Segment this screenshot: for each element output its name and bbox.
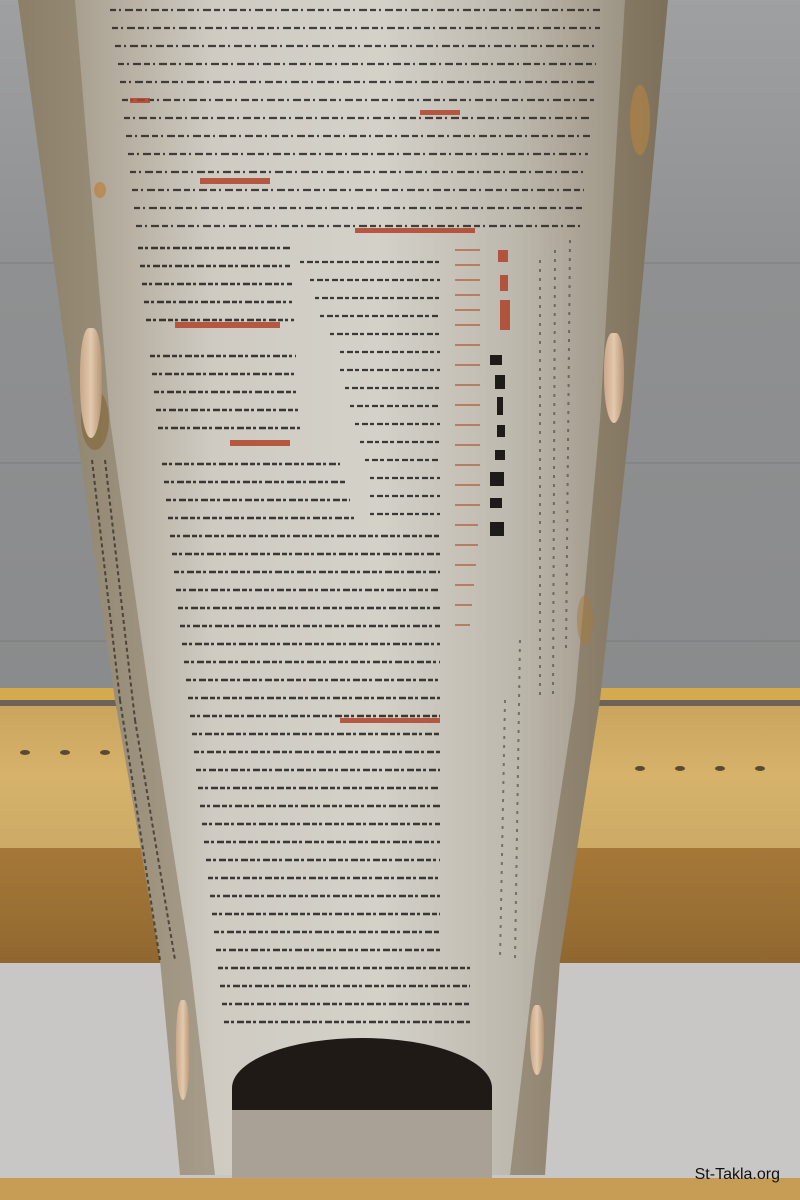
wooden-peg (530, 1005, 544, 1075)
coffin-body (0, 0, 800, 1200)
wooden-peg (80, 328, 102, 438)
wooden-peg (176, 1000, 190, 1100)
coffin-foot-board (232, 1110, 492, 1178)
wooden-peg (604, 333, 624, 423)
coffin (0, 0, 800, 1200)
watermark: St-Takla.org (695, 1166, 780, 1184)
